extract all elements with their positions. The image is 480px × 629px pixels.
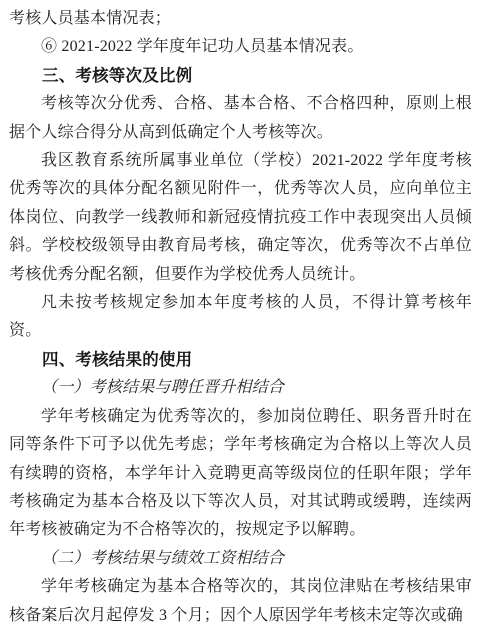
- sub-heading-merit-pay: （二）考核结果与绩效工资相结合: [9, 545, 472, 573]
- paragraph-quota: 我区教育系统所属事业单位（学校）2021-2022 学年度考核优秀等次的具体分配…: [9, 147, 472, 289]
- continuation-line: 考核人员基本情况表；: [9, 5, 472, 33]
- paragraph-grades: 考核等次分优秀、合格、基本合格、不合格四种，原则上根据个人综合得分从高到低确定个…: [9, 90, 472, 147]
- section-heading-3: 三、考核等次及比例: [9, 62, 472, 90]
- paragraph-appointment-rules: 学年考核确定为优秀等次的，参加岗位聘任、职务晋升时在同等条件下可予以优先考虑；学…: [9, 403, 472, 545]
- list-item-6: ⑥ 2021-2022 学年度年记功人员基本情况表。: [9, 33, 472, 61]
- paragraph-seniority: 凡未按考核规定参加本年度考核的人员，不得计算考核年资。: [9, 289, 472, 346]
- document-page: 考核人员基本情况表； ⑥ 2021-2022 学年度年记功人员基本情况表。 三、…: [0, 0, 480, 629]
- paragraph-merit-pay-rules: 学年考核确定为基本合格等次的，其岗位津贴在考核结果审核备案后次月起停发 3 个月…: [9, 573, 472, 629]
- section-heading-4: 四、考核结果的使用: [9, 346, 472, 374]
- sub-heading-appointment: （一）考核结果与聘任晋升相结合: [9, 374, 472, 402]
